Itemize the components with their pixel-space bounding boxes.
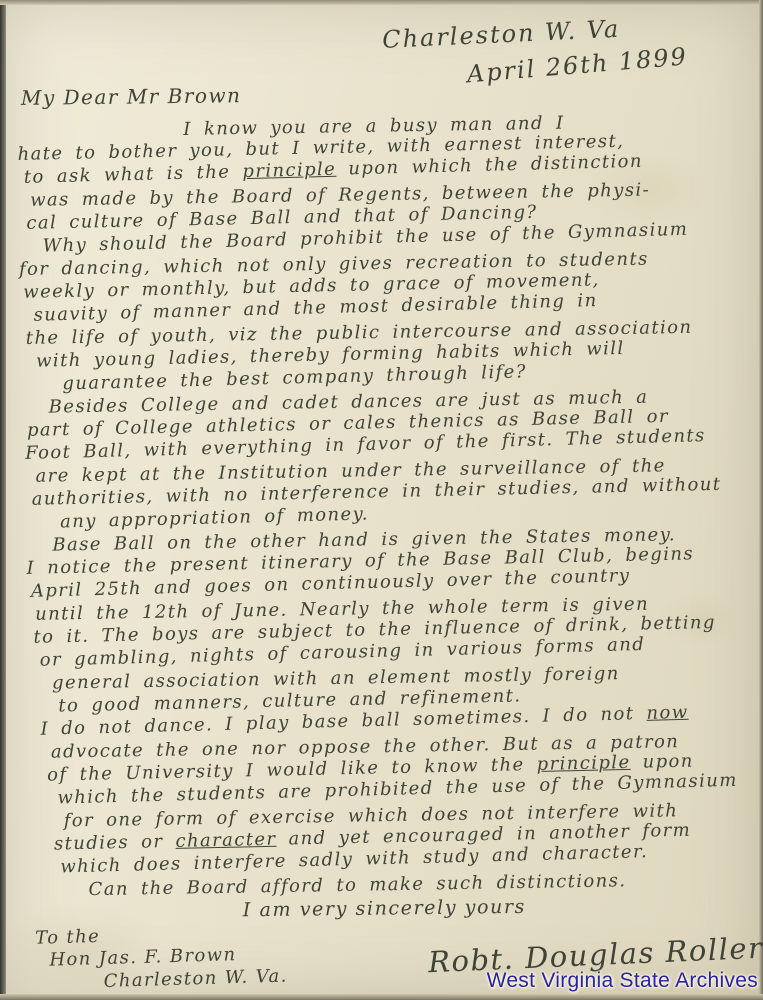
- scan-edge-left: [0, 0, 6, 1000]
- scan-edge-top: [0, 0, 763, 5]
- letter-salutation: My Dear Mr Brown: [21, 77, 752, 114]
- archive-watermark: West Virginia State Archives: [487, 969, 758, 993]
- scan-edge-bottom: [0, 994, 763, 1000]
- letter-body: I know you are a busy man and Ihate to b…: [15, 111, 761, 902]
- scanned-letter-page: Charleston W. Va April 26th 1899 My Dear…: [0, 0, 763, 1000]
- letter-content: Charleston W. Va April 26th 1899 My Dear…: [14, 15, 763, 994]
